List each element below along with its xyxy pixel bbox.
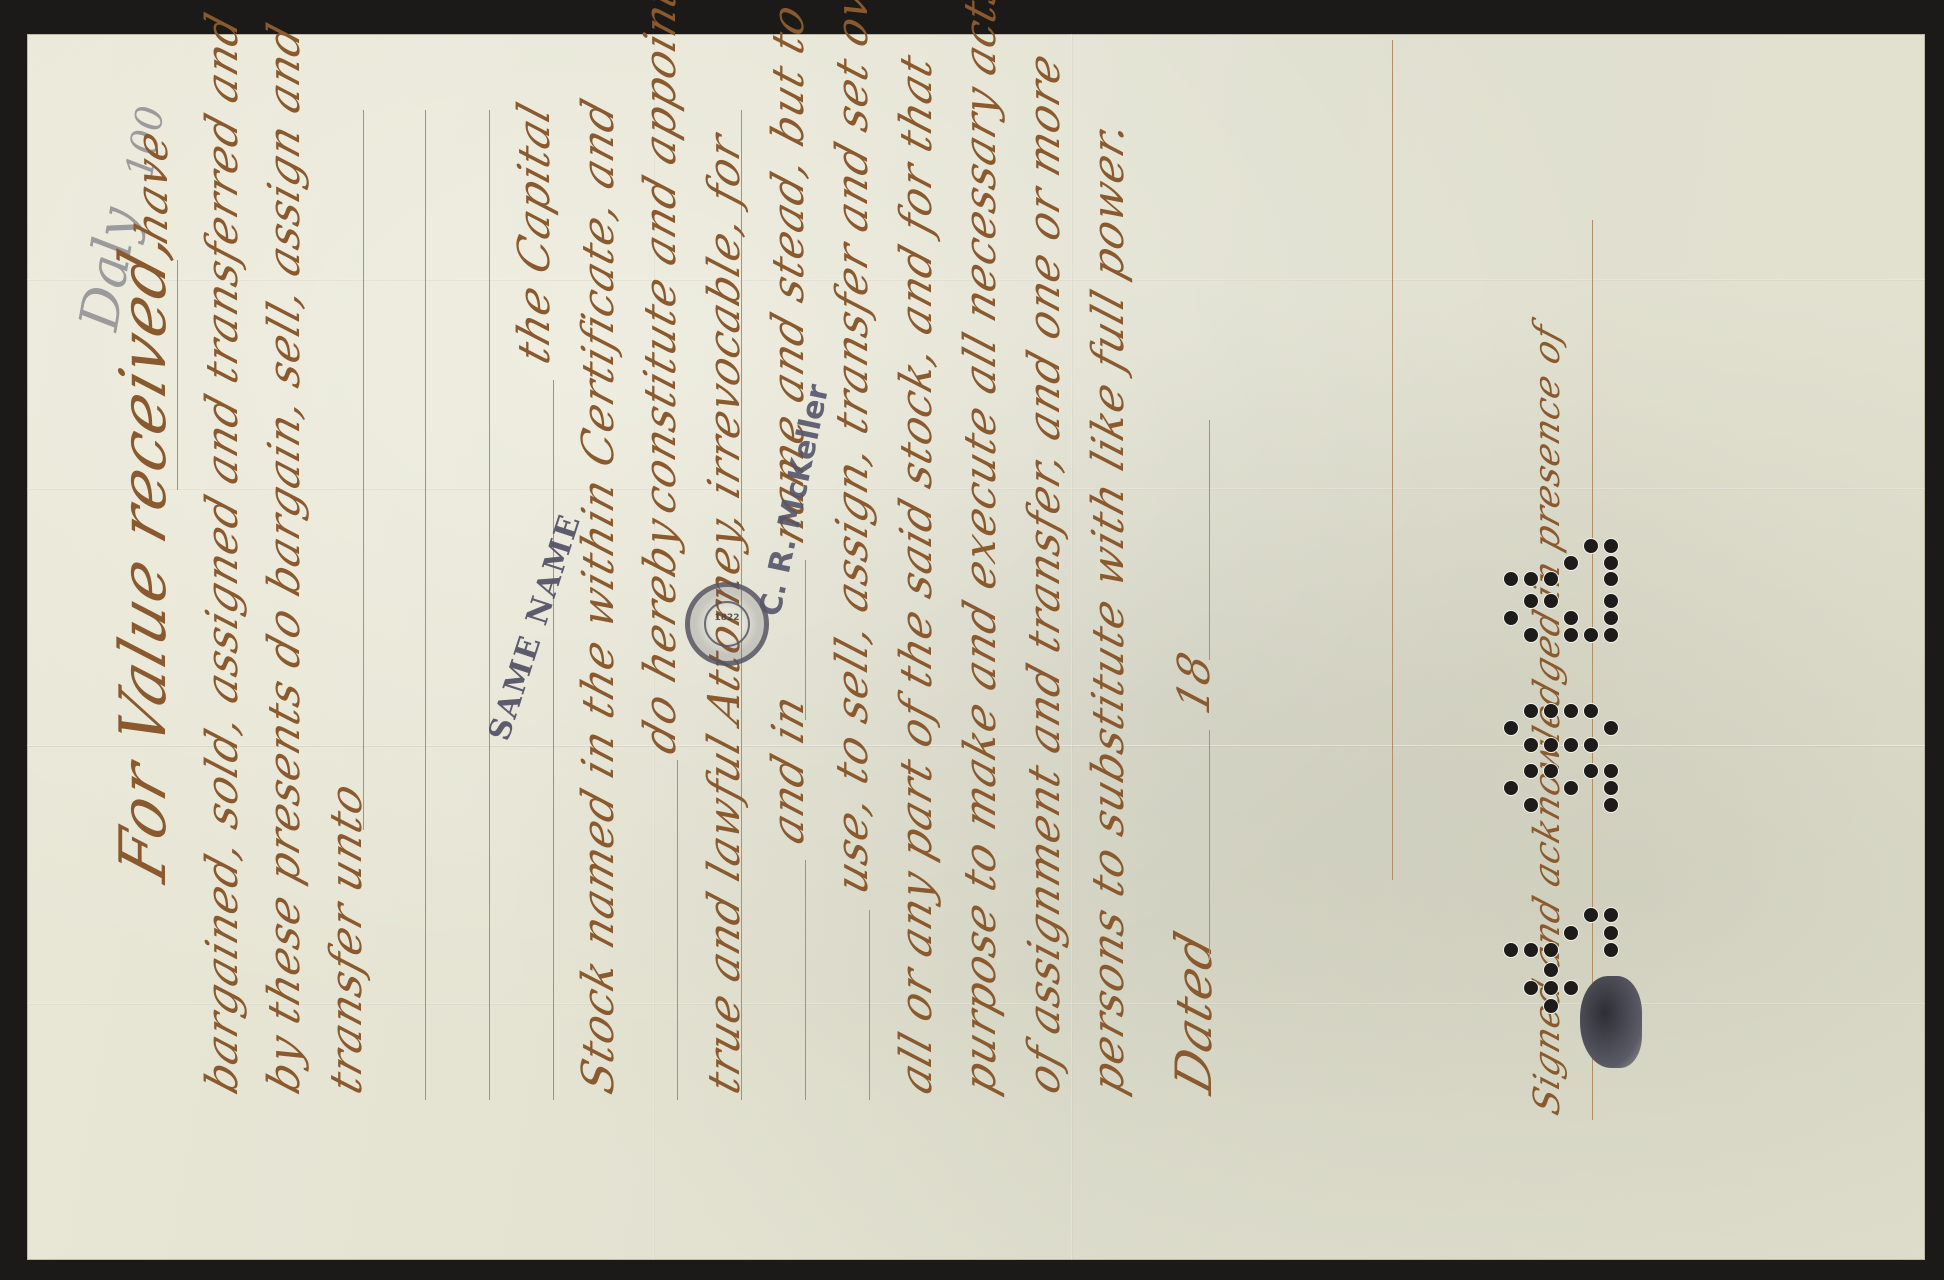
perforation-hole: [1524, 704, 1538, 718]
seal-inner-ring: [704, 601, 750, 647]
form-line: bargained, sold, assigned and transferre…: [197, 7, 248, 1100]
blank-line: [805, 560, 806, 720]
certificate-paper: Daly 100 For Value received, have bargai…: [27, 34, 1925, 1260]
perforation-hole: [1584, 908, 1598, 922]
form-line: persons to substitute with like full pow…: [1083, 114, 1134, 1100]
perforation-hole: [1524, 764, 1538, 778]
form-line: all or any part of the said stock, and f…: [891, 48, 942, 1100]
perforation-hole: [1544, 981, 1558, 995]
perforation-hole: [1504, 572, 1518, 586]
perforation-hole: [1604, 926, 1618, 940]
perforation-hole: [1524, 572, 1538, 586]
perforation-hole: [1604, 611, 1618, 625]
perforation-hole: [1504, 781, 1518, 795]
perforation-hole: [1584, 539, 1598, 553]
year-prefix: 18: [1169, 645, 1220, 720]
perforation-hole: [1604, 539, 1618, 553]
date-line: [1209, 730, 1210, 960]
perforation-hole: [1564, 704, 1578, 718]
perforation-hole: [1564, 628, 1578, 642]
perforation-hole: [1564, 926, 1578, 940]
ink-blot: [1580, 976, 1642, 1068]
perforation-hole: [1604, 721, 1618, 735]
blank-line: [869, 910, 870, 1100]
perforation-hole: [1544, 594, 1558, 608]
form-line: use, to sell, assign, transfer and set o…: [827, 0, 878, 900]
blank-line: [805, 860, 806, 1100]
blank-line: [177, 260, 178, 490]
perforation-hole: [1604, 908, 1618, 922]
perforation-hole: [1564, 781, 1578, 795]
perforation-hole: [1544, 572, 1558, 586]
assignment-form: For Value received, have bargained, sold…: [27, 34, 1925, 1260]
perforation-hole: [1524, 981, 1538, 995]
perforation-hole: [1584, 628, 1598, 642]
form-line: the Capital: [509, 96, 560, 370]
perforation-hole: [1584, 764, 1598, 778]
perforation-hole: [1544, 738, 1558, 752]
perforation-hole: [1604, 943, 1618, 957]
blank-line: [553, 380, 554, 1100]
form-line: For Value received,: [107, 220, 181, 890]
perforation-hole: [1604, 556, 1618, 570]
perforation-hole: [1544, 764, 1558, 778]
blank-line: [425, 110, 426, 1100]
perforation-hole: [1504, 611, 1518, 625]
perforation-hole: [1544, 999, 1558, 1013]
perforation-hole: [1604, 764, 1618, 778]
perforation-hole: [1524, 738, 1538, 752]
perforation-hole: [1524, 943, 1538, 957]
year-line: [1209, 420, 1210, 660]
perforation-hole: [1564, 611, 1578, 625]
perforation-hole: [1564, 738, 1578, 752]
dated-label: Dated: [1165, 925, 1223, 1100]
perforation-hole: [1564, 981, 1578, 995]
perforation-hole: [1584, 738, 1598, 752]
perforation-hole: [1524, 628, 1538, 642]
perforation-hole: [1504, 943, 1518, 957]
form-line: constitute and appoint: [635, 0, 686, 520]
perforation-hole: [1524, 798, 1538, 812]
form-line: and in: [763, 688, 814, 850]
seal-year: 1822: [690, 613, 764, 623]
perforation-hole: [1544, 943, 1558, 957]
blank-line: [677, 760, 678, 1100]
blank-line: [1392, 40, 1393, 880]
form-line: by these presents do bargain, sell, assi…: [259, 17, 310, 1100]
form-line: have: [127, 124, 178, 250]
perforation-hole: [1604, 628, 1618, 642]
perforation-hole: [1604, 594, 1618, 608]
perforation-hole: [1604, 572, 1618, 586]
perforation-hole: [1544, 963, 1558, 977]
perforation-hole: [1564, 556, 1578, 570]
perforation-hole: [1604, 798, 1618, 812]
perforation-hole: [1584, 704, 1598, 718]
perforation-hole: [1544, 704, 1558, 718]
form-line: do hereby: [635, 511, 686, 760]
blank-line: [489, 110, 490, 1100]
blank-line: [363, 110, 364, 830]
form-line: Stock named in the within Certificate, a…: [573, 93, 624, 1100]
form-line: purpose to make and execute all necessar…: [955, 0, 1006, 1100]
form-line: of assignment and transfer, and one or m…: [1019, 46, 1070, 1100]
perforation-hole: [1504, 721, 1518, 735]
form-line: transfer unto: [321, 776, 372, 1100]
perforation-hole: [1604, 781, 1618, 795]
perforation-hole: [1524, 594, 1538, 608]
